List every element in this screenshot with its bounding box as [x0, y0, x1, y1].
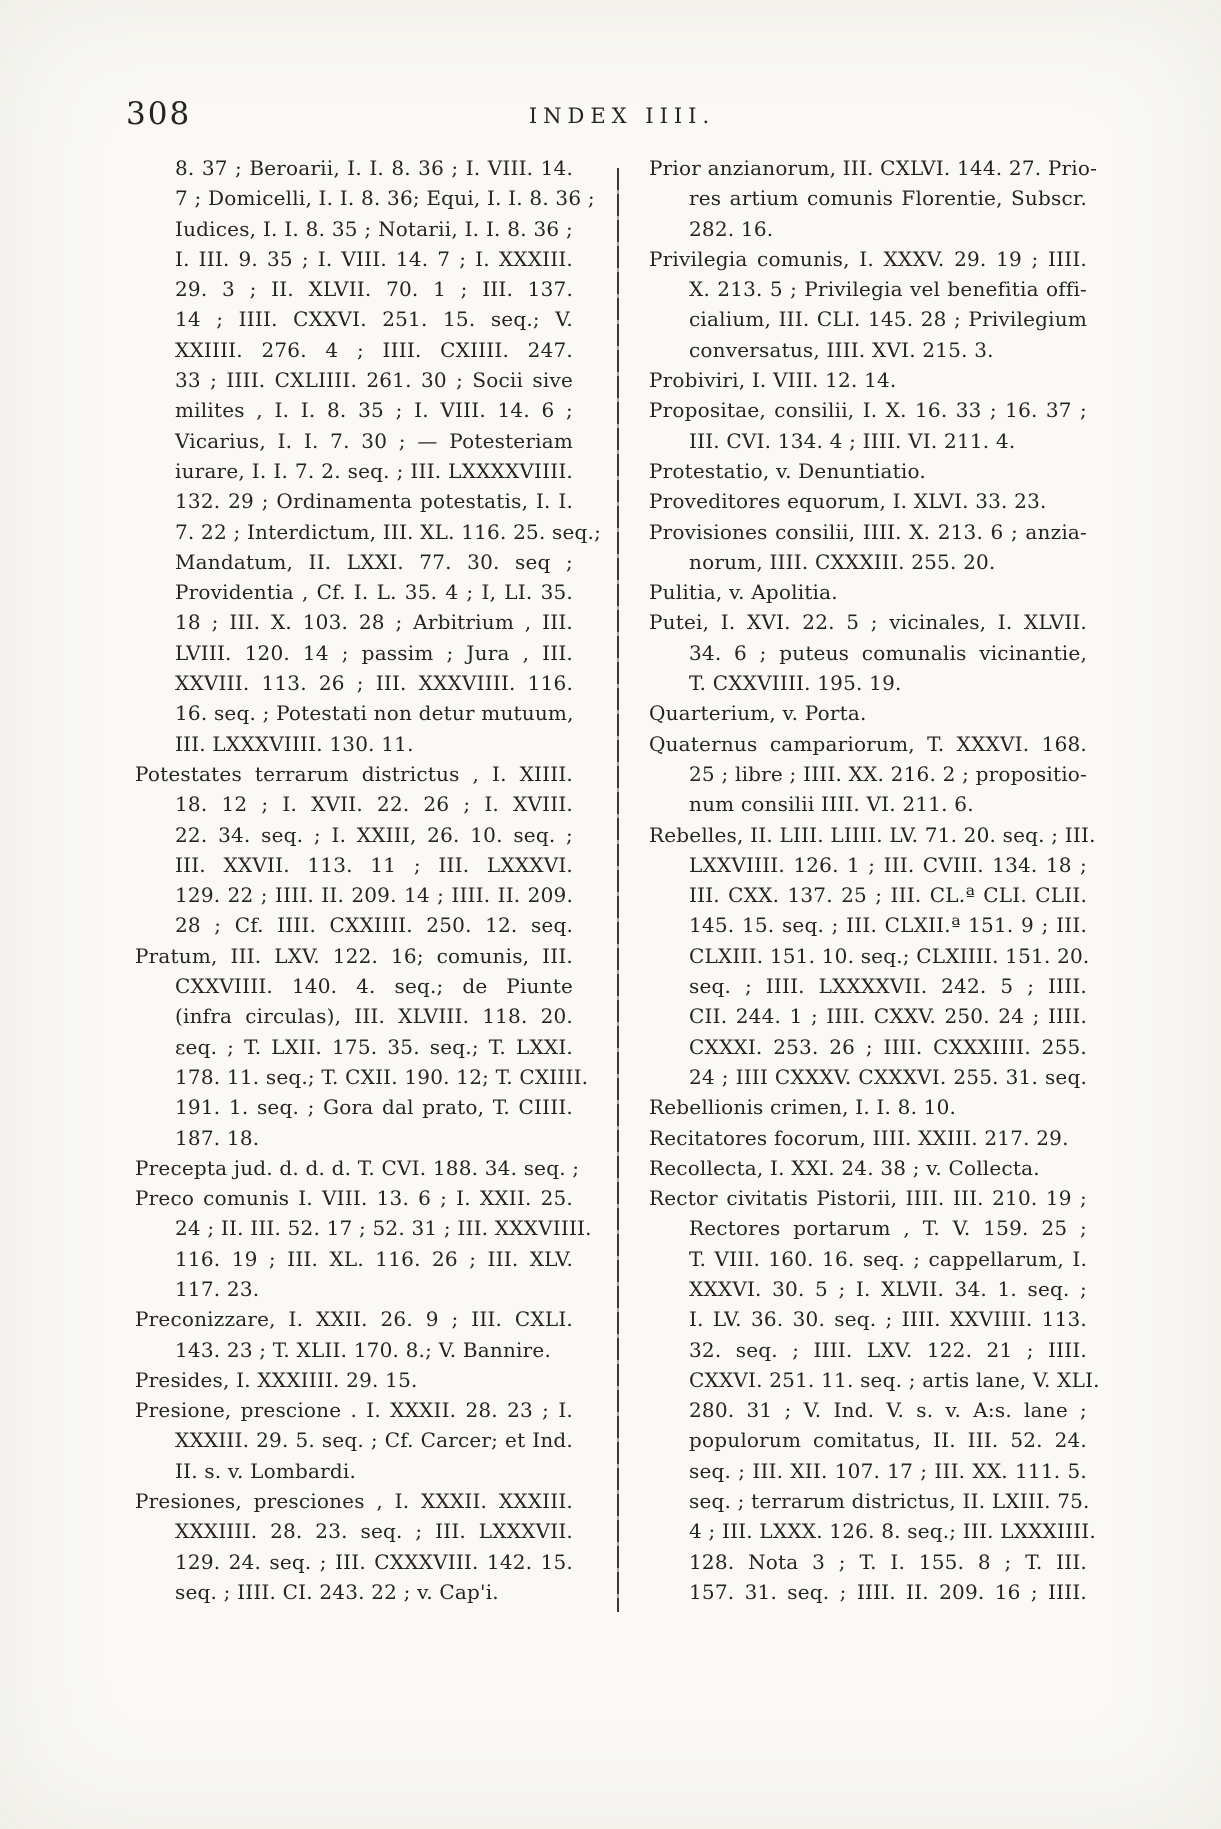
- index-line: I. LV. 36. 30. seq. ; IIII. XXVIIII. 113…: [649, 1304, 1087, 1334]
- index-line: CXXXI. 253. 26 ; IIII. CXXXIIII. 255.: [649, 1032, 1087, 1062]
- index-line: cialium, III. CLI. 145. 28 ; Privilegium: [649, 304, 1087, 334]
- index-line: XXVIII. 113. 26 ; III. XXXVIIII. 116.: [135, 668, 573, 698]
- index-line: Proveditores equorum, I. XLVI. 33. 23.: [649, 486, 1087, 516]
- index-line: populorum comitatus, II. III. 52. 24.: [649, 1425, 1087, 1455]
- column-right: Prior anzianorum, III. CXLVI. 144. 27. P…: [649, 153, 1087, 1607]
- index-line: Putei, I. XVI. 22. 5 ; vicinales, I. XLV…: [649, 607, 1087, 637]
- index-line: 4 ; III. LXXX. 126. 8. seq.; III. LXXXII…: [649, 1516, 1087, 1546]
- index-line: 116. 19 ; III. XL. 116. 26 ; III. XLV.: [135, 1244, 573, 1274]
- index-line: 33 ; IIII. CXLIIII. 261. 30 ; Socii sive: [135, 365, 573, 395]
- index-line: CLXIII. 151. 10. seq.; CLXIIII. 151. 20.: [649, 941, 1087, 971]
- index-line: 32. seq. ; IIII. LXV. 122. 21 ; IIII.: [649, 1335, 1087, 1365]
- index-line: Provisiones consilii, IIII. X. 213. 6 ; …: [649, 517, 1087, 547]
- index-line: Prior anzianorum, III. CXLVI. 144. 27. P…: [649, 153, 1087, 183]
- index-line: Providentia , Cf. I. L. 35. 4 ; I, LI. 3…: [135, 577, 573, 607]
- index-line: 29. 3 ; II. XLVII. 70. 1 ; III. 137.: [135, 274, 573, 304]
- index-line: Presides, I. XXXIIII. 29. 15.: [135, 1365, 573, 1395]
- index-line: 22. 34. seq. ; I. XXIII, 26. 10. seq. ;: [135, 820, 573, 850]
- index-line: Preco comunis I. VIII. 13. 6 ; I. XXII. …: [135, 1183, 573, 1213]
- index-line: 191. 1. seq. ; Gora dal prato, T. CIIII.: [135, 1092, 573, 1122]
- index-line: CXXVI. 251. 11. seq. ; artis lane, V. XL…: [649, 1365, 1087, 1395]
- book-page: 308 INDEX IIII. 8. 37 ; Beroarii, I. I. …: [0, 0, 1221, 1829]
- index-line: III. XXVII. 113. 11 ; III. LXXXVI.: [135, 850, 573, 880]
- index-line: T. CXXVIIII. 195. 19.: [649, 668, 1087, 698]
- index-line: 143. 23 ; T. XLII. 170. 8.; V. Bannire.: [135, 1335, 573, 1365]
- index-line: Presiones, presciones , I. XXXII. XXXIII…: [135, 1486, 573, 1516]
- index-line: XXXIII. 29. 5. seq. ; Cf. Carcer; et Ind…: [135, 1425, 573, 1455]
- index-line: 145. 15. seq. ; III. CLXII.ª 151. 9 ; II…: [649, 910, 1087, 940]
- index-line: seq. ; IIII. LXXXXVII. 242. 5 ; IIII.: [649, 971, 1087, 1001]
- index-line: 34. 6 ; puteus comunalis vicinantie,: [649, 638, 1087, 668]
- index-line: 157. 31. seq. ; IIII. II. 209. 16 ; IIII…: [649, 1577, 1087, 1607]
- column-divider-rule: [617, 168, 619, 1612]
- index-line: CXXVIIII. 140. 4. seq.; de Piunte: [135, 971, 573, 1001]
- index-line: Rector civitatis Pistorii, IIII. III. 21…: [649, 1183, 1087, 1213]
- index-line: XXXIIII. 28. 23. seq. ; III. LXXXVII.: [135, 1516, 573, 1546]
- index-line: LVIII. 120. 14 ; passim ; Jura , III.: [135, 638, 573, 668]
- index-line: 117. 23.: [135, 1274, 573, 1304]
- index-line: 7. 22 ; Interdictum, III. XL. 116. 25. s…: [135, 517, 573, 547]
- index-line: Presione, prescione . I. XXXII. 28. 23 ;…: [135, 1395, 573, 1425]
- index-line: 178. 11. seq.; T. CXII. 190. 12; T. CXII…: [135, 1062, 573, 1092]
- index-line: III. CVI. 134. 4 ; IIII. VI. 211. 4.: [649, 426, 1087, 456]
- index-line: 7 ; Domicelli, I. I. 8. 36; Equi, I. I. …: [135, 183, 573, 213]
- index-line: conversatus, IIII. XVI. 215. 3.: [649, 335, 1087, 365]
- index-line: Rebelles, II. LIII. LIIII. LV. 71. 20. s…: [649, 820, 1087, 850]
- index-line: seq. ; terrarum districtus, II. LXIII. 7…: [649, 1486, 1087, 1516]
- running-header: INDEX IIII.: [529, 104, 715, 128]
- index-line: Pulitia, v. Apolitia.: [649, 577, 1087, 607]
- index-line: Probiviri, I. VIII. 12. 14.: [649, 365, 1087, 395]
- index-line: Rectores portarum , T. V. 159. 25 ;: [649, 1213, 1087, 1243]
- column-left: 8. 37 ; Beroarii, I. I. 8. 36 ; I. VIII.…: [135, 153, 573, 1607]
- index-line: norum, IIII. CXXXIII. 255. 20.: [649, 547, 1087, 577]
- index-line: Vicarius, I. I. 7. 30 ; — Potesteriam: [135, 426, 573, 456]
- index-line: Preconizzare, I. XXII. 26. 9 ; III. CXLI…: [135, 1304, 573, 1334]
- index-line: CII. 244. 1 ; IIII. CXXV. 250. 24 ; IIII…: [649, 1001, 1087, 1031]
- index-line: iurare, I. I. 7. 2. seq. ; III. LXXXXVII…: [135, 456, 573, 486]
- index-line: Recollecta, I. XXI. 24. 38 ; v. Collecta…: [649, 1153, 1087, 1183]
- index-line: 129. 24. seq. ; III. CXXXVIII. 142. 15.: [135, 1547, 573, 1577]
- index-line: Quarterium, v. Porta.: [649, 698, 1087, 728]
- index-line: 24 ; II. III. 52. 17 ; 52. 31 ; III. XXX…: [135, 1213, 573, 1243]
- index-line: seq. ; III. XII. 107. 17 ; III. XX. 111.…: [649, 1456, 1087, 1486]
- index-line: III. CXX. 137. 25 ; III. CL.ª CLI. CLII.: [649, 880, 1087, 910]
- index-line: 18. 12 ; I. XVII. 22. 26 ; I. XVIII.: [135, 789, 573, 819]
- index-line: 16. seq. ; Potestati non detur mutuum,: [135, 698, 573, 728]
- index-line: I. III. 9. 35 ; I. VIII. 14. 7 ; I. XXXI…: [135, 244, 573, 274]
- index-line: Rebellionis crimen, I. I. 8. 10.: [649, 1092, 1087, 1122]
- index-line: Quaternus campariorum, T. XXXVI. 168.: [649, 729, 1087, 759]
- index-line: XXXVI. 30. 5 ; I. XLVII. 34. 1. seq. ;: [649, 1274, 1087, 1304]
- index-line: 187. 18.: [135, 1123, 573, 1153]
- index-line: 282. 16.: [649, 214, 1087, 244]
- index-line: Propositae, consilii, I. X. 16. 33 ; 16.…: [649, 395, 1087, 425]
- index-line: 14 ; IIII. CXXVI. 251. 15. seq.; V.: [135, 304, 573, 334]
- index-line: XXIIII. 276. 4 ; IIII. CXIIII. 247.: [135, 335, 573, 365]
- index-line: Protestatio, v. Denuntiatio.: [649, 456, 1087, 486]
- index-line: 280. 31 ; V. Ind. V. s. v. A:s. lane ;: [649, 1395, 1087, 1425]
- index-line: X. 213. 5 ; Privilegia vel benefitia off…: [649, 274, 1087, 304]
- index-line: res artium comunis Florentie, Subscr.: [649, 183, 1087, 213]
- index-line: II. s. v. Lombardi.: [135, 1456, 573, 1486]
- index-line: εeq. ; T. LXII. 175. 35. seq.; T. LXXI.: [135, 1032, 573, 1062]
- index-line: num consilii IIII. VI. 211. 6.: [649, 789, 1087, 819]
- index-line: LXXVIIII. 126. 1 ; III. CVIII. 134. 18 ;: [649, 850, 1087, 880]
- index-line: Pratum, III. LXV. 122. 16; comunis, III.: [135, 941, 573, 971]
- index-line: seq. ; IIII. CI. 243. 22 ; v. Cap'i.: [135, 1577, 573, 1607]
- index-line: T. VIII. 160. 16. seq. ; cappellarum, I.: [649, 1244, 1087, 1274]
- index-line: 8. 37 ; Beroarii, I. I. 8. 36 ; I. VIII.…: [135, 153, 573, 183]
- index-line: Recitatores focorum, IIII. XXIII. 217. 2…: [649, 1123, 1087, 1153]
- index-line: Mandatum, II. LXXI. 77. 30. seq ;: [135, 547, 573, 577]
- index-line: Privilegia comunis, I. XXXV. 29. 19 ; II…: [649, 244, 1087, 274]
- index-line: 132. 29 ; Ordinamenta potestatis, I. I.: [135, 486, 573, 516]
- index-line: 128. Nota 3 ; T. I. 155. 8 ; T. III.: [649, 1547, 1087, 1577]
- index-line: 129. 22 ; IIII. II. 209. 14 ; IIII. II. …: [135, 880, 573, 910]
- index-line: Potestates terrarum districtus , I. XIII…: [135, 759, 573, 789]
- index-line: Precepta jud. d. d. d. T. CVI. 188. 34. …: [135, 1153, 573, 1183]
- index-line: III. LXXXVIIII. 130. 11.: [135, 729, 573, 759]
- index-line: (infra circulas), III. XLVIII. 118. 20.: [135, 1001, 573, 1031]
- index-line: 18 ; III. X. 103. 28 ; Arbitrium , III.: [135, 607, 573, 637]
- index-line: Iudices, I. I. 8. 35 ; Notarii, I. I. 8.…: [135, 214, 573, 244]
- index-line: 24 ; IIII CXXXV. CXXXVI. 255. 31. seq.: [649, 1062, 1087, 1092]
- index-line: milites , I. I. 8. 35 ; I. VIII. 14. 6 ;: [135, 395, 573, 425]
- index-line: 28 ; Cf. IIII. CXXIIII. 250. 12. seq.: [135, 910, 573, 940]
- index-line: 25 ; libre ; IIII. XX. 216. 2 ; proposit…: [649, 759, 1087, 789]
- page-number: 308: [126, 96, 191, 132]
